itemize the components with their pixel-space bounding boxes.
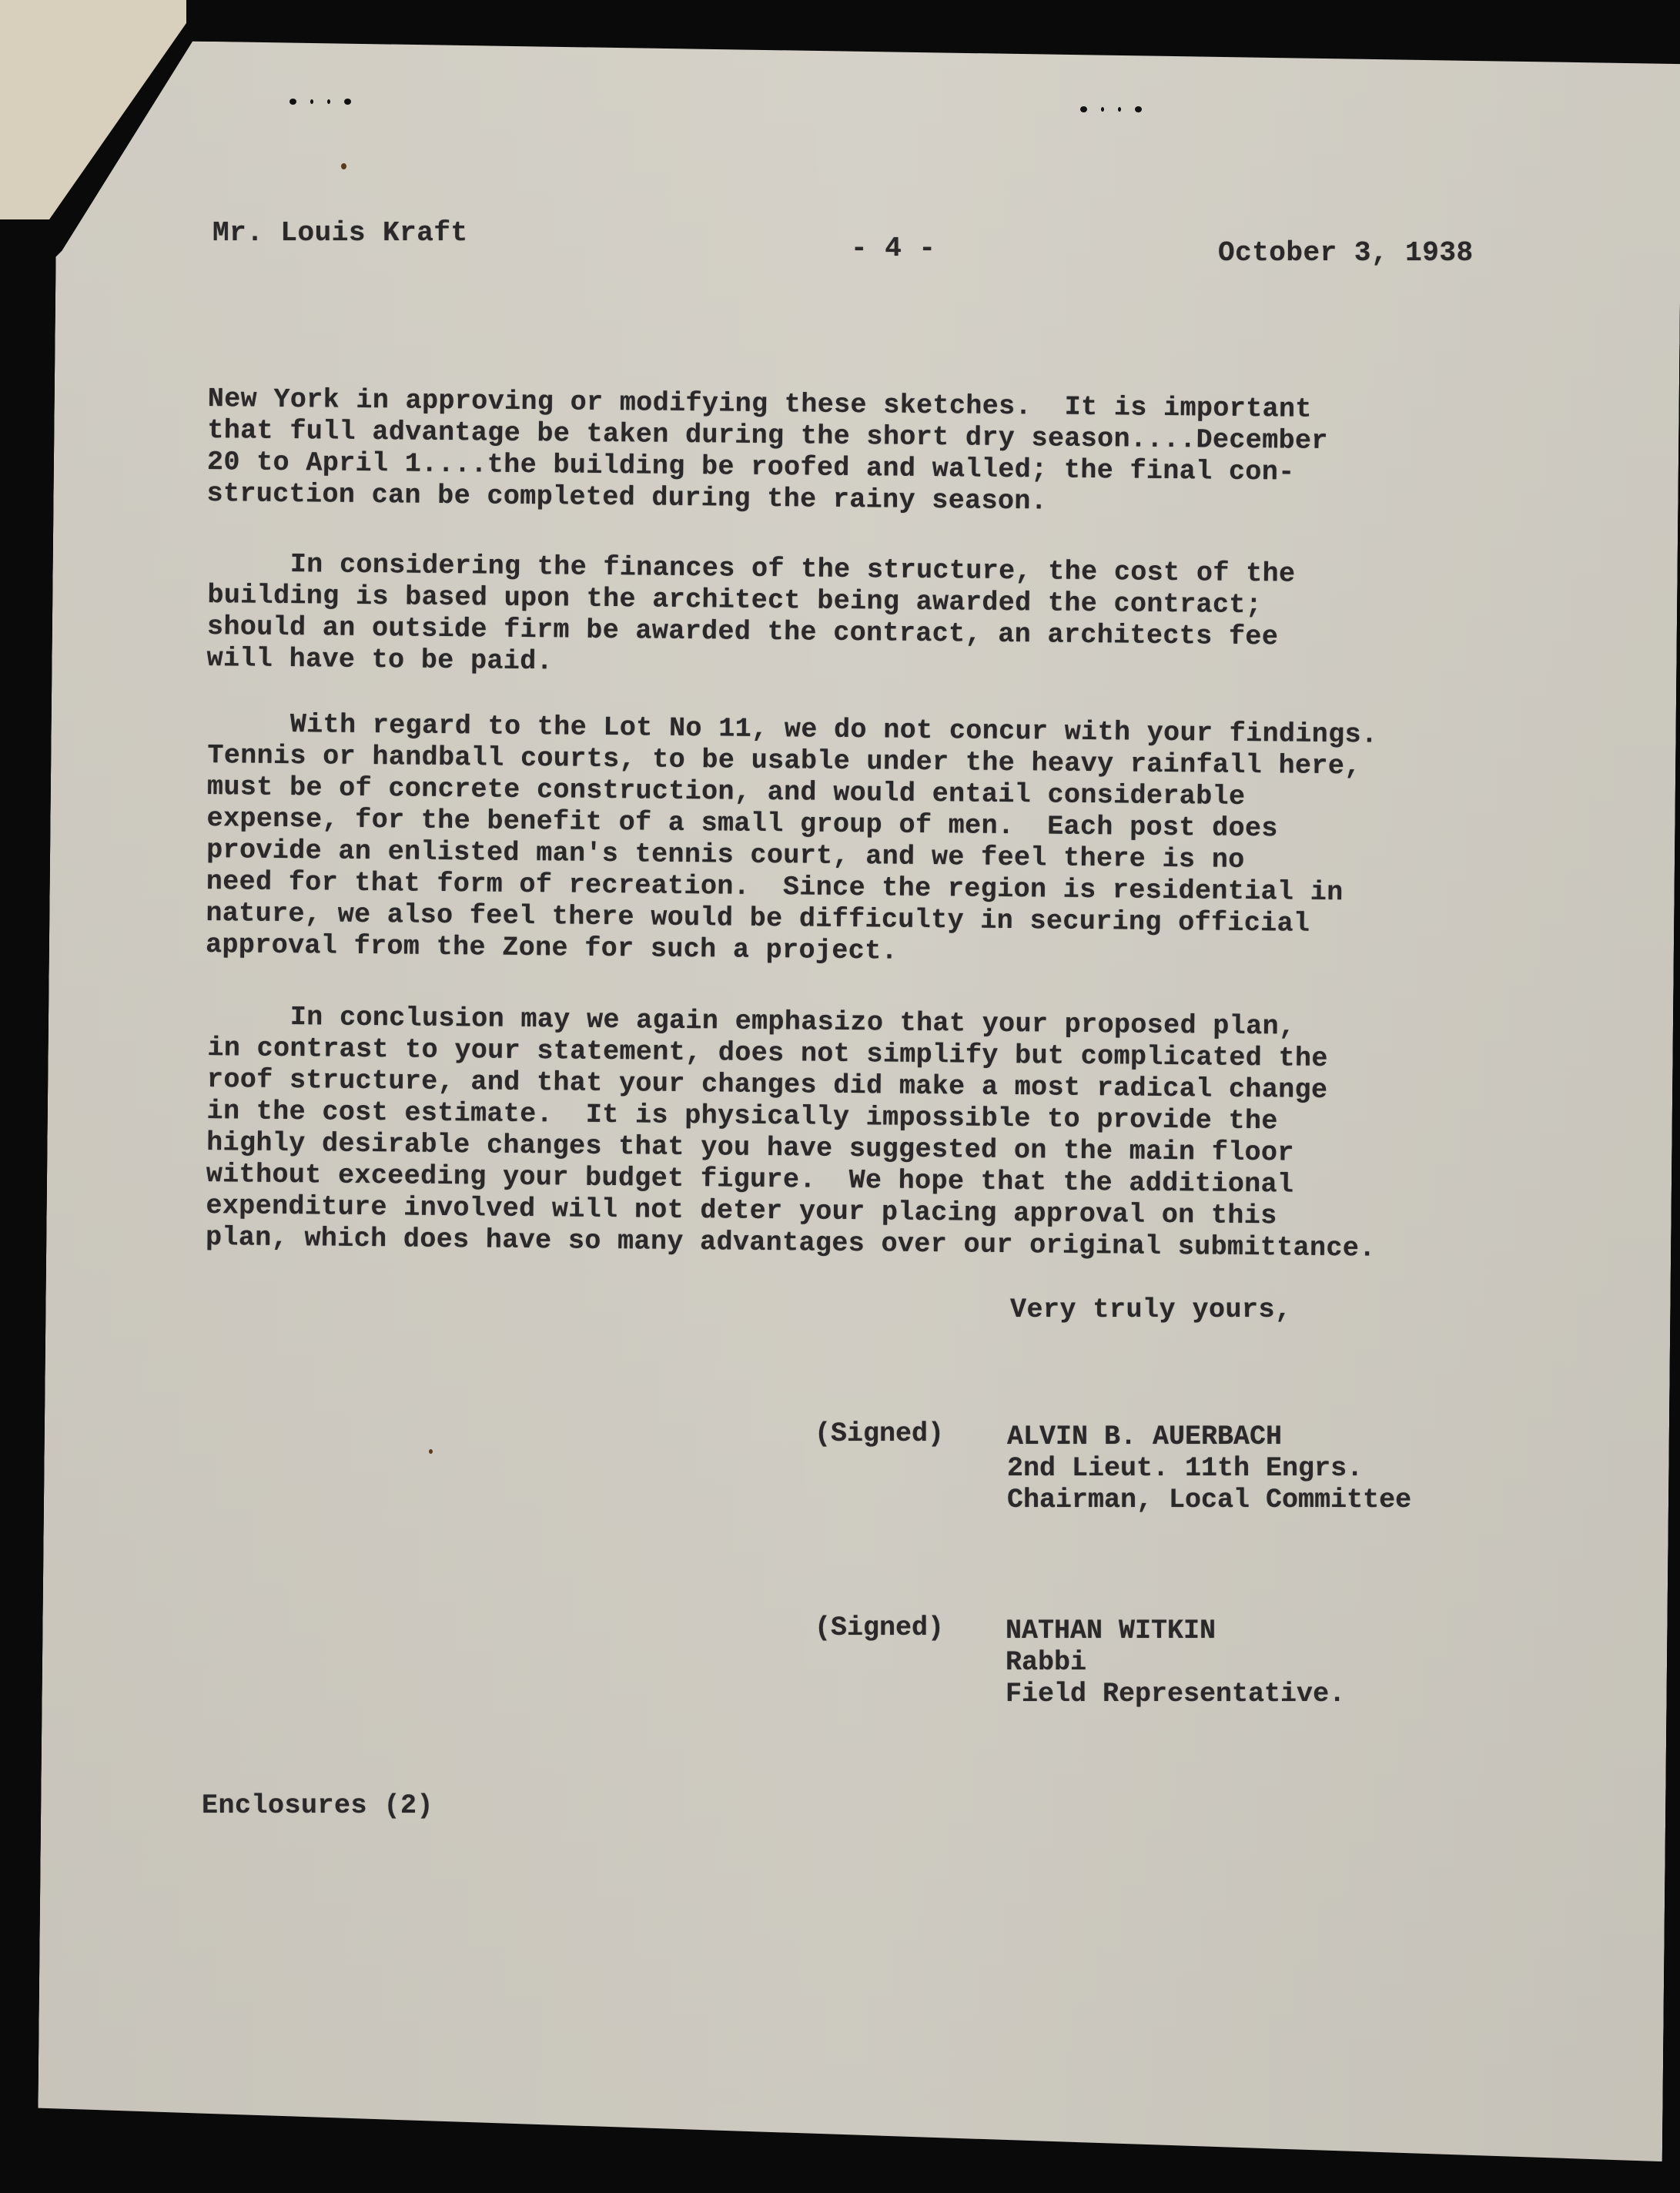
body-paragraph-4: In conclusion may we again emphasizo tha… xyxy=(206,1001,1594,1267)
signature-block-1: (Signed) xyxy=(815,1418,944,1450)
punch-marks-left xyxy=(289,99,351,105)
signatory-name: NATHAN WITKIN xyxy=(1006,1615,1345,1647)
signatory-rank: 2nd Lieut. 11th Engrs. xyxy=(1007,1453,1411,1485)
signatory-title: Chairman, Local Committee xyxy=(1007,1485,1411,1516)
signature-block-2: (Signed) xyxy=(815,1612,944,1644)
signatory-1-details: ALVIN B. AUERBACH 2nd Lieut. 11th Engrs.… xyxy=(1007,1421,1411,1516)
signatory-rank: Rabbi xyxy=(1006,1647,1345,1679)
signatory-2-details: NATHAN WITKIN Rabbi Field Representative… xyxy=(1006,1615,1345,1710)
page-number: - 4 - xyxy=(851,233,936,265)
enclosures-note: Enclosures (2) xyxy=(202,1790,433,1822)
punch-mark xyxy=(1101,107,1104,112)
punch-mark xyxy=(310,99,313,104)
signatory-name: ALVIN B. AUERBACH xyxy=(1007,1421,1411,1453)
punch-mark xyxy=(1135,106,1142,112)
signatory-title: Field Representative. xyxy=(1006,1679,1345,1710)
punch-mark xyxy=(344,99,351,105)
complimentary-close: Very truly yours, xyxy=(1010,1294,1292,1326)
recipient-name: Mr. Louis Kraft xyxy=(213,217,468,249)
punch-mark xyxy=(1080,106,1087,112)
body-paragraph-1: New York in approving or modifying these… xyxy=(206,383,1593,523)
punch-mark xyxy=(289,99,296,105)
punch-marks-right xyxy=(1080,106,1142,112)
body-paragraph-3: With regard to the Lot No 11, we do not … xyxy=(206,708,1594,974)
paper-speck xyxy=(341,163,346,169)
signed-label: (Signed) xyxy=(815,1612,944,1644)
punch-mark xyxy=(327,99,330,104)
paper-speck xyxy=(429,1449,433,1454)
signed-label: (Signed) xyxy=(815,1418,944,1450)
body-paragraph-2: In considering the finances of the struc… xyxy=(206,548,1593,688)
letter-date: October 3, 1938 xyxy=(1218,237,1474,270)
punch-mark xyxy=(1118,107,1121,112)
